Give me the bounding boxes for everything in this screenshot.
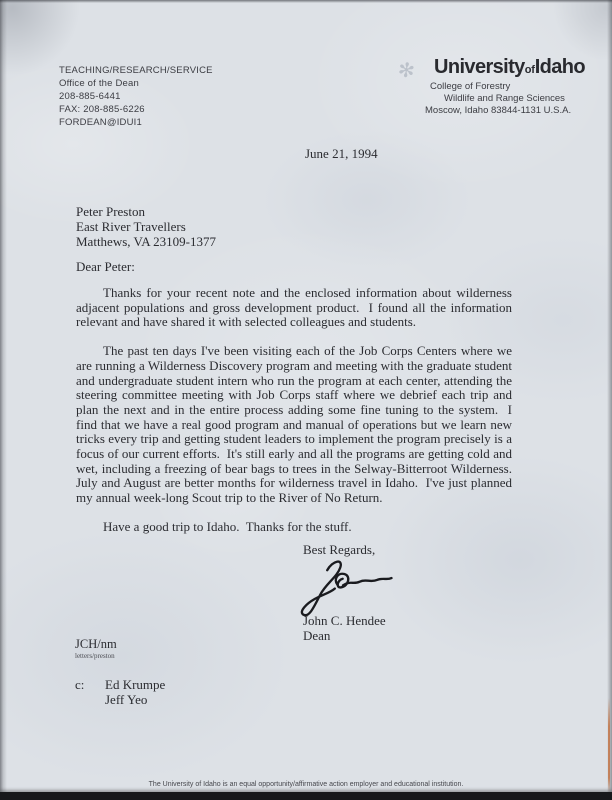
logo-word-idaho: Idaho xyxy=(535,56,585,78)
letter-paragraph-3: Have a good trip to Idaho. Thanks for th… xyxy=(76,520,512,535)
sender-title: Dean xyxy=(303,628,330,644)
recipient-city-line: Matthews, VA 23109-1377 xyxy=(76,234,216,249)
scan-edge-left xyxy=(0,0,7,800)
equal-opportunity-footer: The University of Idaho is an equal oppo… xyxy=(0,781,612,788)
cc-name-2: Jeff Yeo xyxy=(105,692,147,707)
scan-edge-bottom xyxy=(0,792,612,800)
recipient-name: Peter Preston xyxy=(76,204,216,219)
logo-word-university: University xyxy=(434,56,525,78)
letterhead-college-line2: Wildlife and Range Sciences xyxy=(444,93,571,105)
salutation: Dear Peter: xyxy=(76,259,135,275)
letter-body: Thanks for your recent note and the encl… xyxy=(76,286,512,549)
letterhead-phone: 208-885-6441 xyxy=(59,90,213,103)
logo-word-of: of xyxy=(525,64,535,76)
letterhead-left-block: TEACHING/RESEARCH/SERVICE Office of the … xyxy=(59,64,213,129)
signature-ink-icon xyxy=(294,558,398,618)
recipient-block: Peter Preston East River Travellers Matt… xyxy=(76,204,216,250)
letterhead-email: FORDEAN@IDUI1 xyxy=(59,116,213,129)
cc-label-spacer xyxy=(75,692,105,707)
cc-block: c: Ed Krumpe Jeff Yeo xyxy=(75,677,165,707)
university-logo: UniversityofIdaho xyxy=(434,56,585,79)
scanned-letter-page: TEACHING/RESEARCH/SERVICE Office of the … xyxy=(0,0,612,800)
sender-name: John C. Hendee xyxy=(303,613,386,629)
letterhead-fax: FAX: 208-885-6226 xyxy=(59,103,213,116)
scan-edge-accent-line xyxy=(608,698,610,792)
date-line: June 21, 1994 xyxy=(305,146,378,162)
letterhead-college: College of Forestry xyxy=(430,81,571,93)
letterhead-department: TEACHING/RESEARCH/SERVICE xyxy=(59,64,213,77)
letterhead-office: Office of the Dean xyxy=(59,77,213,90)
cc-name-1: Ed Krumpe xyxy=(105,677,165,692)
letter-paragraph-2: The past ten days I've been visiting eac… xyxy=(76,344,512,506)
scan-edge-top xyxy=(0,0,612,3)
letter-paragraph-1: Thanks for your recent note and the encl… xyxy=(76,286,512,330)
valediction: Best Regards, xyxy=(303,542,375,558)
file-reference: letters/preston xyxy=(75,652,115,660)
letterhead-right-block: College of Forestry Wildlife and Range S… xyxy=(425,81,571,117)
recipient-organization: East River Travellers xyxy=(76,219,216,234)
cc-label: c: xyxy=(75,677,105,692)
snowflake-logo-icon: ✻ xyxy=(396,57,416,83)
typist-initials: JCH/nm xyxy=(75,637,117,652)
letterhead-address: Moscow, Idaho 83844-1131 U.S.A. xyxy=(425,105,571,117)
scan-edge-right xyxy=(607,0,612,800)
